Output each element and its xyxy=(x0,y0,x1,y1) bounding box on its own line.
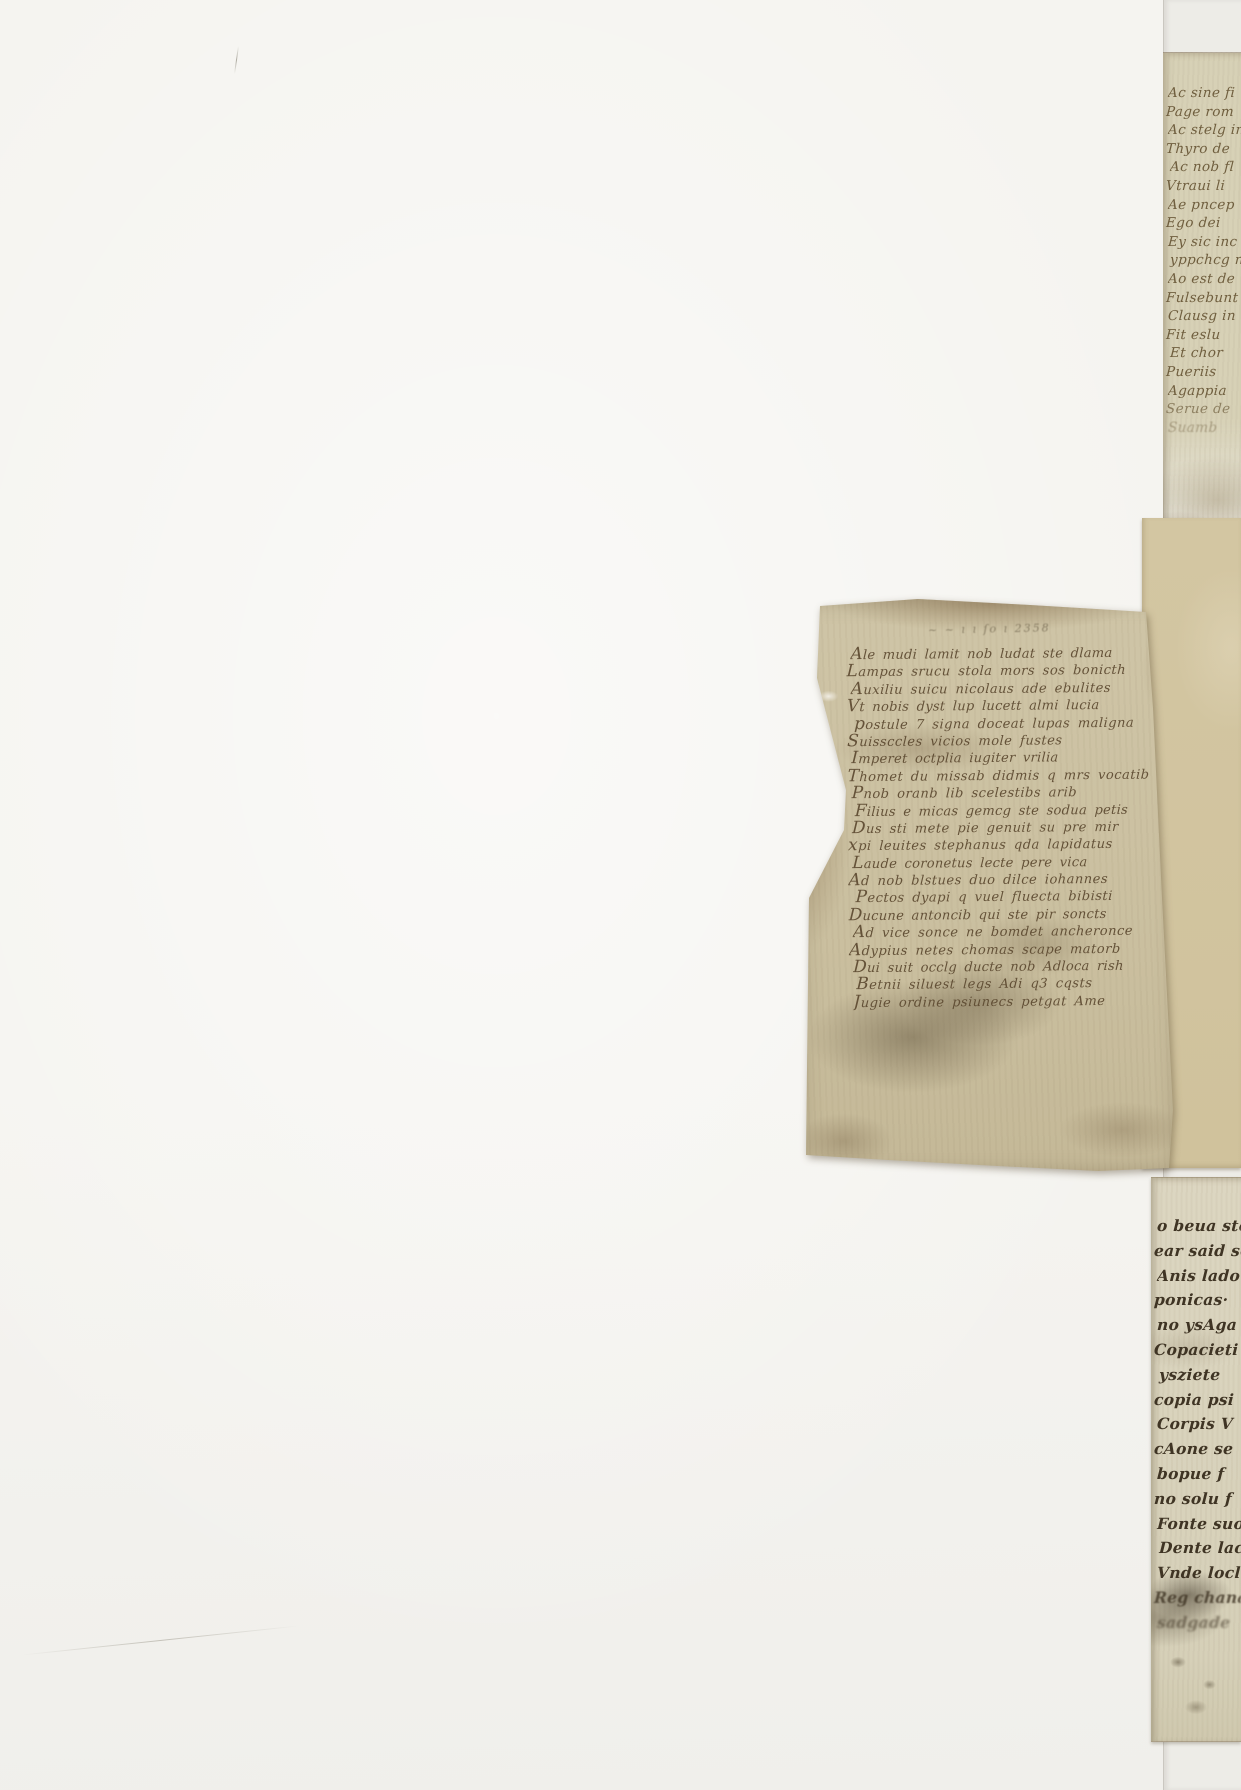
strip-text-line: Serue de xyxy=(1166,400,1241,419)
strip-text-line: Fulsebunt xyxy=(1166,289,1241,308)
strip-text-line: Fonte suo xyxy=(1156,1512,1241,1537)
strip-text-line: o beua sto xyxy=(1156,1214,1241,1239)
strip-text-line: Ac sine fi xyxy=(1168,84,1241,103)
fragment-text-line: Vt nobis dyst lup lucett almi lucia xyxy=(847,695,1176,715)
fragment-paper: ~ ~ ı ı ſo ı 2358 Ale mudi lamit nob lud… xyxy=(798,598,1180,1176)
strip-text-line: Vtraui li xyxy=(1166,177,1241,196)
strip-text-line: Thyro de xyxy=(1166,140,1241,159)
strip-text-line: Corpis V xyxy=(1156,1412,1241,1437)
strip-text-line: Reg chana xyxy=(1153,1586,1241,1611)
fragment-text-line: Pnob oranb lib scelestibs arib xyxy=(851,781,1176,801)
manuscript-strip-top: Ac sine fiPage romAc stelg inThyro deAc … xyxy=(1163,52,1241,561)
manuscript-strip-bottom: o beua stoear said soAnis ladoponicas·no… xyxy=(1151,1177,1241,1742)
strip-text-line: no ysAga xyxy=(1156,1313,1241,1338)
strip-text-line: Fit eslu xyxy=(1166,326,1241,345)
strip-text-line: ear said so xyxy=(1153,1239,1241,1264)
strip-text-line: Dente lac xyxy=(1158,1536,1241,1561)
strip-text-line: ysziete xyxy=(1158,1363,1241,1388)
strip-text-line: yppchcg n xyxy=(1170,251,1241,270)
fragment-lines: Ale mudi lamit nob ludat ste dlamaLampas… xyxy=(796,642,1177,1010)
strip-text-line: Ac nob fl xyxy=(1170,158,1241,177)
strip-text-line: Ao est de xyxy=(1168,270,1241,289)
strip-text-line: Copacieti xyxy=(1153,1338,1241,1363)
strip-text-line: Ey sic inc xyxy=(1168,233,1241,252)
strip-text-line: Clausg in xyxy=(1168,307,1241,326)
strip-text-line: Agappia xyxy=(1168,382,1241,401)
strip-text-line: Et chor xyxy=(1170,344,1241,363)
bottom-strip-lines: o beua stoear said soAnis ladoponicas·no… xyxy=(1151,1178,1241,1636)
strip-text-line: Suamb xyxy=(1168,419,1241,438)
strip-text-line: Ae pncep xyxy=(1168,196,1241,215)
strip-text-line: cAone se xyxy=(1153,1437,1241,1462)
fragment-text-line: Jugie ordine psiunecs petgat Ame xyxy=(853,990,1178,1010)
strip-text-line: sadgade xyxy=(1156,1611,1241,1636)
strip-text-line: Vnde locl xyxy=(1156,1561,1241,1586)
top-strip-lines: Ac sine fiPage romAc stelg inThyro deAc … xyxy=(1163,53,1241,437)
manuscript-photo: Ac sine fiPage romAc stelg inThyro deAc … xyxy=(0,0,1241,1790)
strip-text-line: bopue f xyxy=(1156,1462,1241,1487)
strip-text-line: Pueriis xyxy=(1166,363,1241,382)
page-scratch xyxy=(234,46,239,74)
strip-text-line: ponicas· xyxy=(1153,1288,1241,1313)
page-crease xyxy=(21,1625,300,1655)
strip-text-line: no solu f xyxy=(1153,1487,1241,1512)
strip-text-line: Page rom xyxy=(1166,103,1241,122)
strip-text-line: Anis lado xyxy=(1156,1264,1241,1289)
strip-text-line: Ego dei xyxy=(1166,214,1241,233)
strip-text-line: Ac stelg in xyxy=(1168,121,1241,140)
fragment-annotation: ~ ~ ı ı ſo ı 2358 xyxy=(928,620,1108,636)
manuscript-fragment: ~ ~ ı ı ſo ı 2358 Ale mudi lamit nob lud… xyxy=(798,598,1180,1176)
strip-text-line: copia psi xyxy=(1153,1388,1241,1413)
